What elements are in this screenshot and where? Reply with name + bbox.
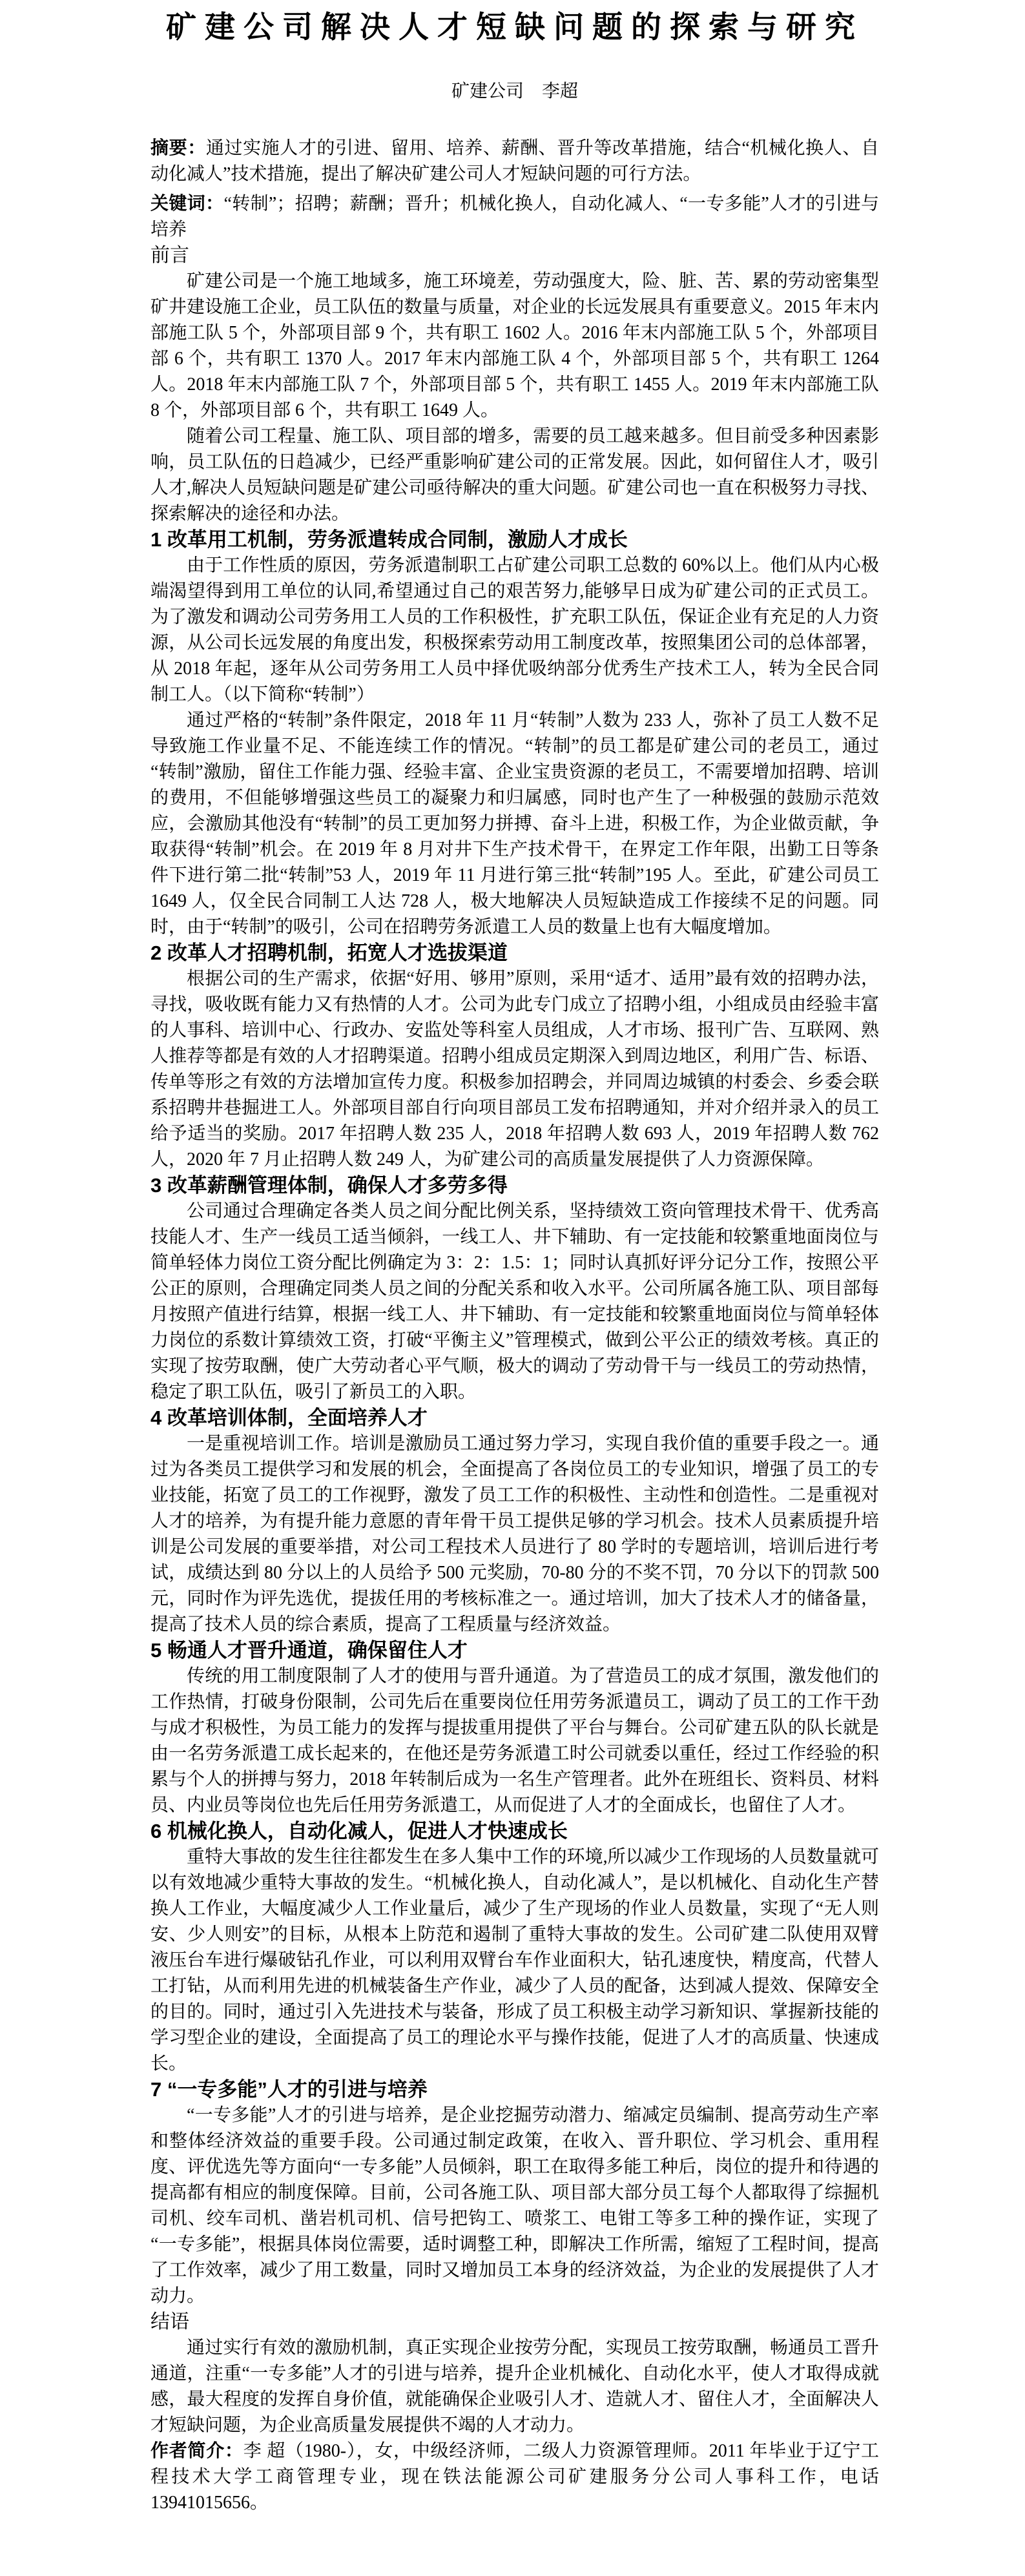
- document-byline: 矿建公司 李超: [150, 79, 879, 105]
- keywords-label: 关键词：: [150, 194, 223, 214]
- section-heading: 前言: [150, 243, 879, 269]
- section-heading: 3 改革薪酬管理体制，确保人才多劳多得: [150, 1173, 879, 1199]
- document-section: 6 机械化换人，自动化减人，促进人才快速成长 重特大事故的发生往往都发生在多人集…: [150, 1819, 879, 2077]
- abstract-paragraph: 摘要：通过实施人才的引进、留用、培养、薪酬、晋升等改革措施，结合“机械化换人、自…: [150, 136, 879, 187]
- author-bio-label: 作者简介：: [150, 2441, 243, 2461]
- paragraph: 公司通过合理确定各类人员之间分配比例关系，坚持绩效工资向管理技术骨干、优秀高技能…: [150, 1199, 879, 1405]
- author-bio-text: 李 超（1980-），女，中级经济师，二级人力资源管理师。2011 年毕业于辽宁…: [150, 2441, 879, 2513]
- document-title: 矿建公司解决人才短缺问题的探索与研究: [150, 9, 879, 45]
- section-heading: 结语: [150, 2309, 879, 2335]
- paragraph: 由于工作性质的原因，劳务派遣制职工占矿建公司职工总数的 60%以上。他们从内心极…: [150, 553, 879, 708]
- paragraph: 矿建公司是一个施工地域多，施工环境差，劳动强度大，险、脏、苦、累的劳动密集型矿井…: [150, 269, 879, 424]
- document-section: 2 改革人才招聘机制，拓宽人才选拔渠道 根据公司的生产需求，依据“好用、够用”原…: [150, 940, 879, 1173]
- paragraph: 根据公司的生产需求，依据“好用、够用”原则，采用“适才、适用”最有效的招聘办法，…: [150, 966, 879, 1173]
- abstract-text: 通过实施人才的引进、留用、培养、薪酬、晋升等改革措施，结合“机械化换人、自动化减…: [150, 138, 879, 184]
- paragraph: 通过严格的“转制”条件限定，2018 年 11 月“转制”人数为 233 人，弥…: [150, 708, 879, 940]
- document-section: 4 改革培训体制，全面培养人才 一是重视培训工作。培训是激励员工通过努力学习，实…: [150, 1405, 879, 1638]
- paragraph: 传统的用工制度限制了人才的使用与晋升通道。为了营造员工的成才氛围，激发他们的工作…: [150, 1664, 879, 1819]
- section-heading: 1 改革用工机制，劳务派遣转成合同制，激励人才成长: [150, 527, 879, 553]
- document-section: 1 改革用工机制，劳务派遣转成合同制，激励人才成长 由于工作性质的原因，劳务派遣…: [150, 527, 879, 940]
- sections-container: 前言 矿建公司是一个施工地域多，施工环境差，劳动强度大，险、脏、苦、累的劳动密集…: [150, 243, 879, 2438]
- section-heading: 4 改革培训体制，全面培养人才: [150, 1405, 879, 1431]
- keywords-text: “转制”；招聘；薪酬；晋升；机械化换人，自动化减人、“一专多能”人才的引进与培养: [150, 194, 879, 240]
- document-section: 结语 通过实行有效的激励机制，真正实现企业按劳分配，实现员工按劳取酬，畅通员工晋…: [150, 2309, 879, 2438]
- abstract-label: 摘要：: [150, 138, 206, 158]
- keywords-paragraph: 关键词：“转制”；招聘；薪酬；晋升；机械化换人，自动化减人、“一专多能”人才的引…: [150, 191, 879, 243]
- paragraph: 一是重视培训工作。培训是激励员工通过努力学习，实现自我价值的重要手段之一。通过为…: [150, 1431, 879, 1638]
- author-bio-paragraph: 作者简介：李 超（1980-），女，中级经济师，二级人力资源管理师。2011 年…: [150, 2438, 879, 2516]
- section-heading: 6 机械化换人，自动化减人，促进人才快速成长: [150, 1819, 879, 1844]
- paragraph: “一专多能”人才的引进与培养，是企业挖掘劳动潜力、缩减定员编制、提高劳动生产率和…: [150, 2103, 879, 2309]
- paragraph: 重特大事故的发生往往都发生在多人集中工作的环境,所以减少工作现场的人员数量就可以…: [150, 1844, 879, 2077]
- document-section: 7 “一专多能”人才的引进与培养 “一专多能”人才的引进与培养，是企业挖掘劳动潜…: [150, 2077, 879, 2309]
- section-heading: 7 “一专多能”人才的引进与培养: [150, 2077, 879, 2103]
- section-heading: 2 改革人才招聘机制，拓宽人才选拔渠道: [150, 940, 879, 966]
- paragraph: 通过实行有效的激励机制，真正实现企业按劳分配，实现员工按劳取酬，畅通员工晋升通道…: [150, 2335, 879, 2438]
- section-heading: 5 畅通人才晋升通道，确保留住人才: [150, 1638, 879, 1664]
- document-section: 3 改革薪酬管理体制，确保人才多劳多得 公司通过合理确定各类人员之间分配比例关系…: [150, 1173, 879, 1405]
- document-page: 矿建公司解决人才短缺问题的探索与研究 矿建公司 李超 摘要：通过实施人才的引进、…: [0, 0, 1025, 2576]
- document-section: 5 畅通人才晋升通道，确保留住人才 传统的用工制度限制了人才的使用与晋升通道。为…: [150, 1638, 879, 1819]
- paragraph: 随着公司工程量、施工队、项目部的增多，需要的员工越来越多。但目前受多种因素影响，…: [150, 424, 879, 527]
- document-section: 前言 矿建公司是一个施工地域多，施工环境差，劳动强度大，险、脏、苦、累的劳动密集…: [150, 243, 879, 527]
